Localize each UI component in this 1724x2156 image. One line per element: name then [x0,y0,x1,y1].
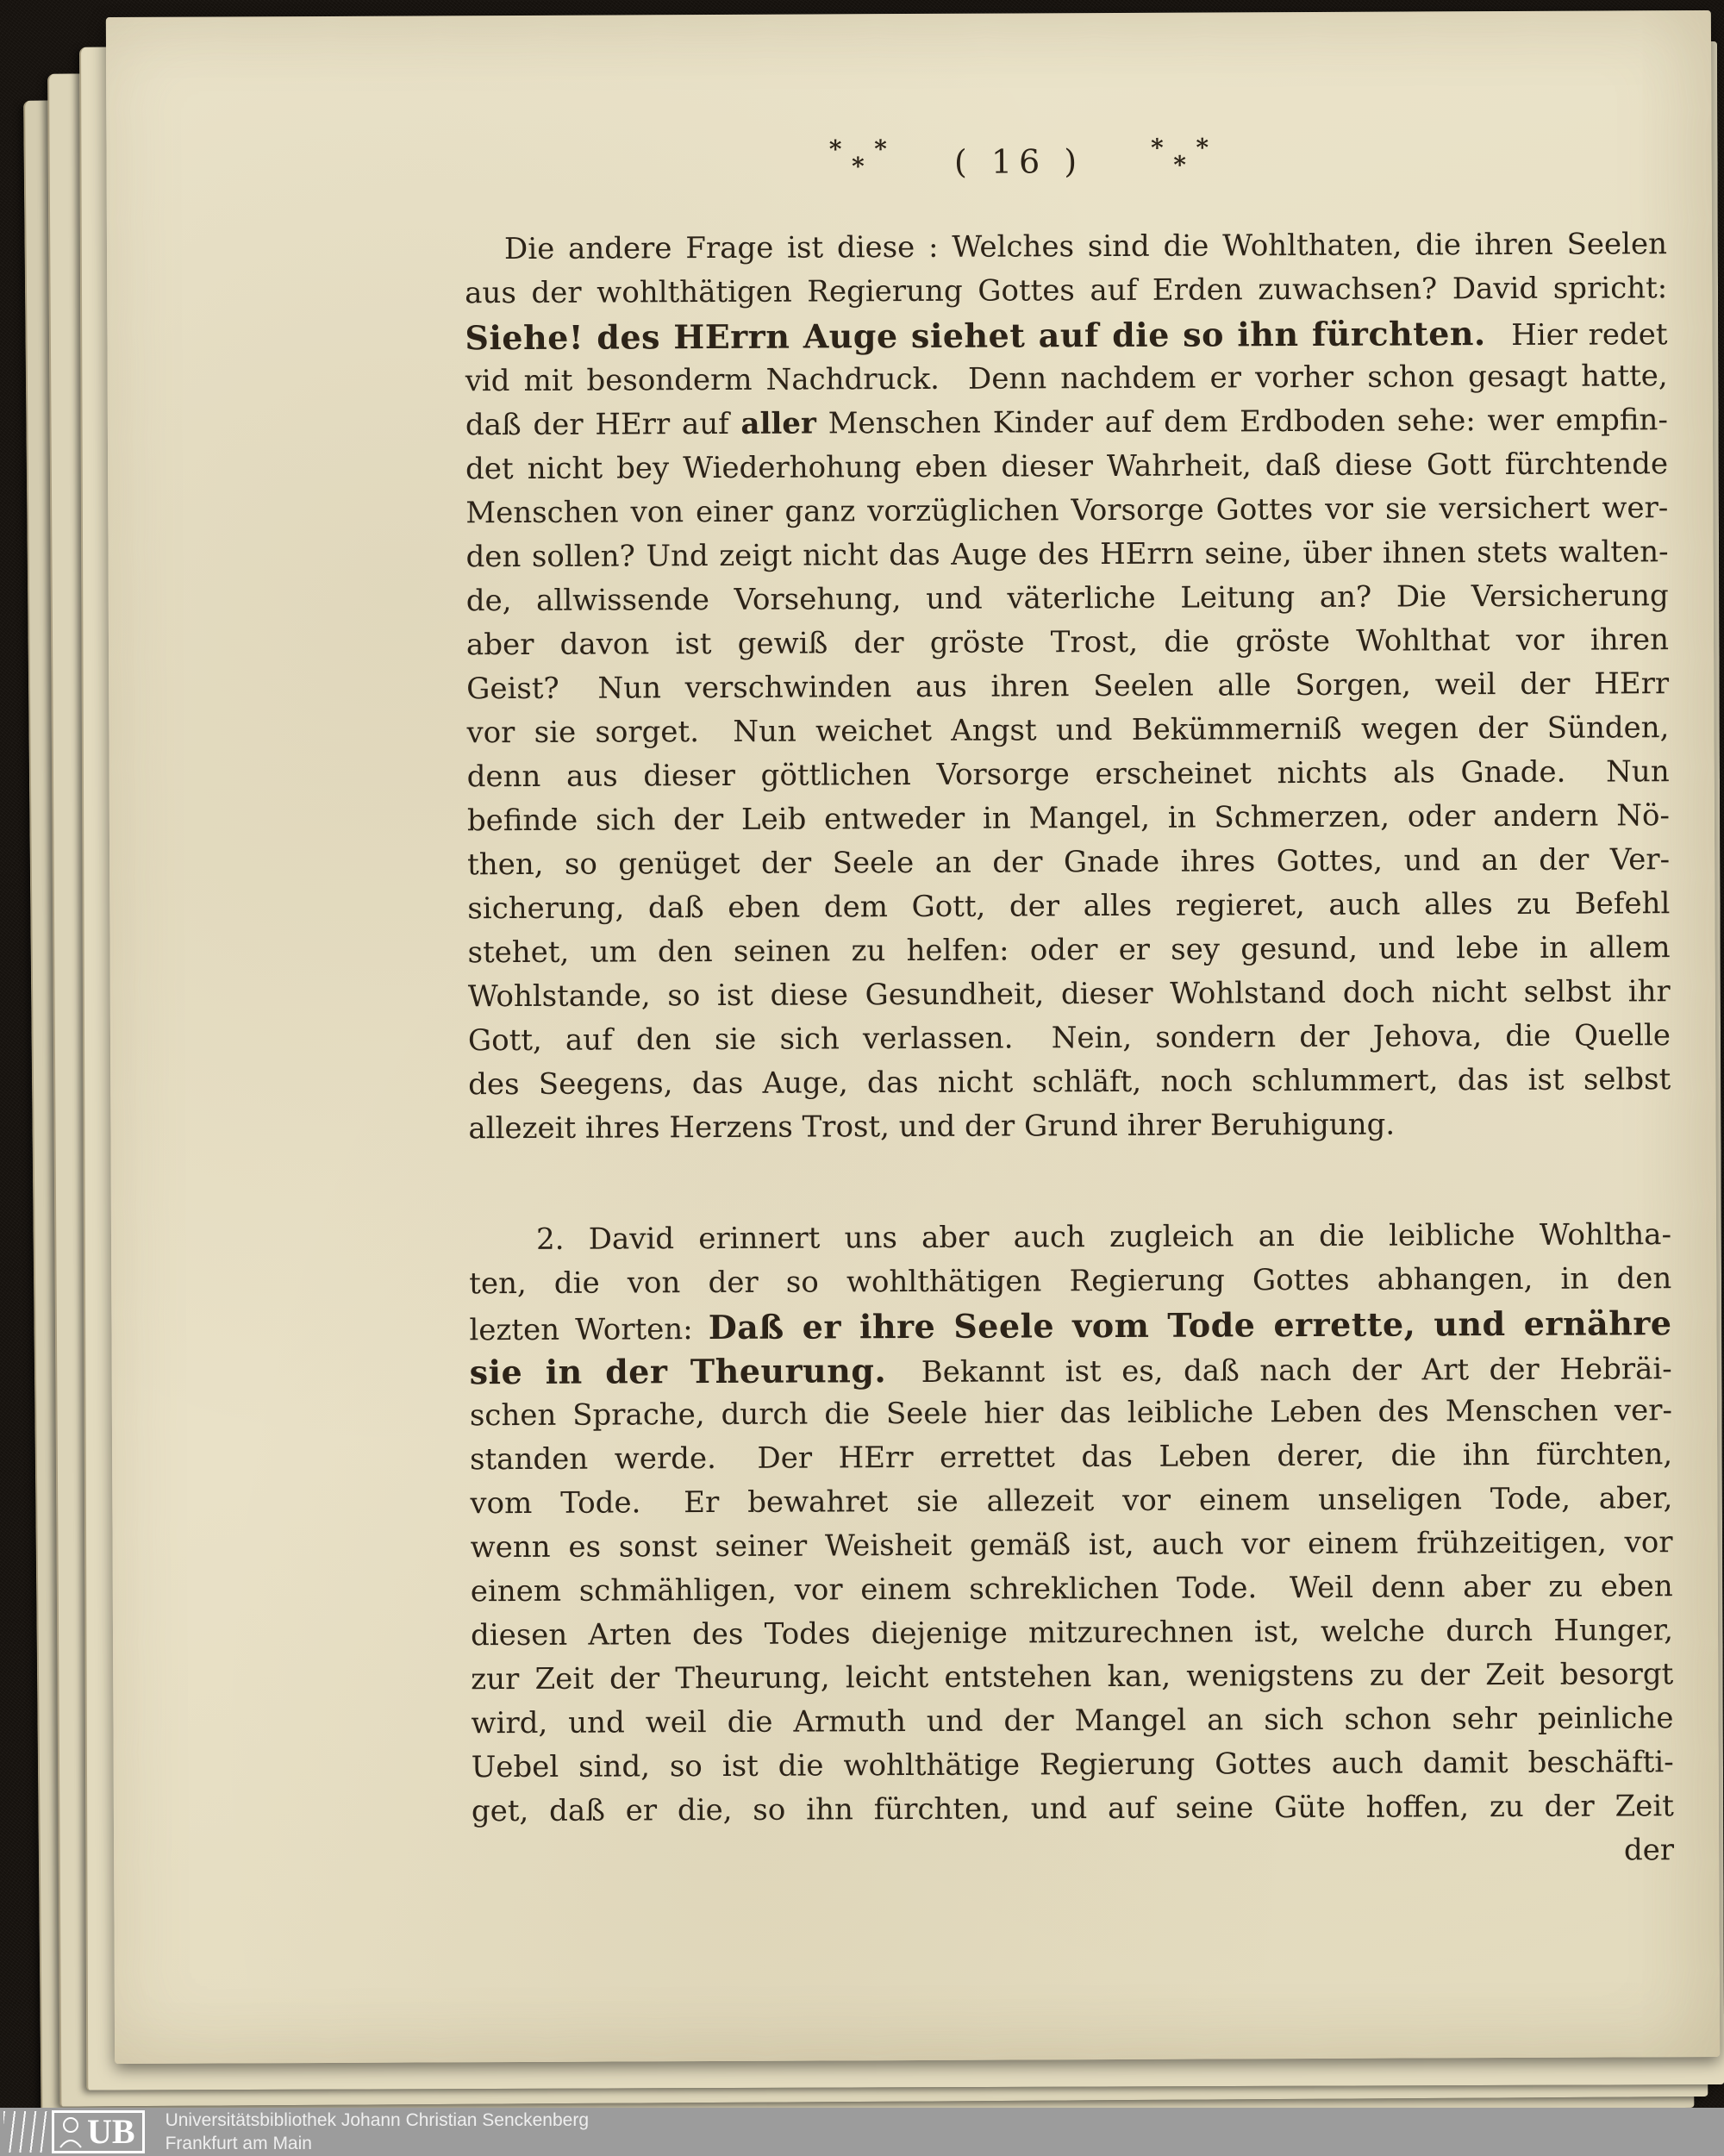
institution-name: Universitätsbibliothek Johann Christian … [166,2109,589,2132]
text-line: Menschen von einer ganz vorzüglichen Vor… [465,486,1668,535]
text-segment: vor sie sorget. Nun weichet Angst und Be… [466,710,1669,750]
text-segment: de, allwissende Vorsehung, und väterlich… [466,578,1669,618]
text-line: vor sie sorget. Nun weichet Angst und Be… [466,706,1669,755]
text-segment: sicherung, daß eben dem Gott, der alles … [467,886,1670,926]
text-line: det nicht bey Wiederhohung eben dieser W… [465,442,1668,491]
page-header: * * * ( 16 ) * * * [417,136,1620,183]
text-line: aus der wohlthätigen Regierung Gottes au… [465,266,1667,316]
asterism-right-icon: * * * [1139,138,1221,172]
asterisk-row: * [852,159,865,174]
text-line: 2. David erinnert uns aber auch zugleich… [469,1213,1671,1262]
text-segment: diesen Arten des Todes diejenige mitzure… [471,1613,1673,1653]
text-segment: det nicht bey Wiederhohung eben dieser W… [465,447,1668,486]
text-segment: sie in der Theurung. [470,1351,887,1391]
text-segment: denn aus dieser göttlichen Vorsorge ersc… [467,754,1670,794]
text-segment: Menschen von einer ganz vorzüglichen Vor… [465,491,1668,530]
text-segment: aber davon ist gewiß der gröste Trost, d… [466,622,1669,662]
text-line: den sollen? Und zeigt nicht das Auge des… [465,530,1668,579]
text-line: befinde sich der Leib entweder in Mangel… [467,794,1670,843]
text-line: Die andere Frage ist diese : Welches sin… [465,222,1667,272]
text-line: standen werde. Der HErr errettet das Leb… [470,1433,1672,1482]
page-number: ( 16 ) [954,139,1084,181]
paragraph: Die andere Frage ist diese : Welches sin… [465,222,1671,1151]
institution-label: Universitätsbibliothek Johann Christian … [166,2109,589,2155]
text-line: get, daß er die, so ihn fürchten, und au… [472,1784,1674,1834]
text-segment: Gott, auf den sie sich verlassen. Nein, … [468,1018,1671,1058]
text-line: denn aus dieser göttlichen Vorsorge ersc… [467,750,1670,799]
text-segment: aller [740,406,816,441]
text-segment: ten, die von der so wohlthätigen Regieru… [469,1261,1671,1301]
text-line: aber davon ist gewiß der gröste Trost, d… [466,618,1669,667]
text-segment: Bekannt ist es, daß nach der Art der Heb… [886,1352,1672,1390]
text-line: Siehe! des HErrn Auge siehet auf die so … [465,310,1667,359]
text-line: Geist? Nun verschwinden aus ihren Seelen… [466,662,1669,711]
text-segment: Daß er ihre Seele vom Tode errette, und … [709,1303,1672,1347]
text-line: Wohlstande, so ist diese Gesundheit, die… [468,970,1671,1019]
portrait-icon [58,2115,84,2149]
ub-logo-text: UB [87,2115,135,2149]
text-line: einem schmähligen, vor einem schrekliche… [471,1565,1673,1614]
text-line: daß der HErr auf aller Menschen Kinder a… [465,398,1668,447]
ub-logo: UB [3,2110,145,2153]
text-segment: daß der HErr auf [465,407,741,442]
institution-city: Frankfurt am Main [166,2132,589,2155]
text-segment: einem schmähligen, vor einem schrekliche… [471,1569,1673,1609]
text-segment: vid mit besonderm Nachdruck. Denn nachde… [465,359,1668,398]
text-segment: zur Zeit der Theurung, leicht entstehen … [471,1657,1673,1697]
text-block: Die andere Frage ist diese : Welches sin… [465,222,1674,1878]
text-segment: Siehe! des HErrn Auge siehet auf die so … [465,314,1485,357]
text-segment: den sollen? Und zeigt nicht das Auge des… [465,534,1668,574]
text-line: des Seegens, das Auge, das nicht schläft… [468,1058,1671,1107]
text-line: schen Sprache, durch die Seele hier das … [470,1389,1672,1438]
text-line: vom Tode. Er bewahret sie allezeit vor e… [470,1477,1672,1526]
text-segment: vom Tode. Er bewahret sie allezeit vor e… [470,1481,1672,1521]
text-segment: Wohlstande, so ist diese Gesundheit, die… [468,974,1671,1014]
text-segment: des Seegens, das Auge, das nicht schläft… [468,1062,1671,1102]
page-scan: * * * ( 16 ) * * * Die andere Frage ist … [106,10,1720,2064]
asterism-left-icon: * * * [817,140,899,174]
text-segment: then, so genüget der Seele an der Gnade … [467,842,1670,882]
text-segment: aus der wohlthätigen Regierung Gottes au… [465,271,1667,310]
book-pages-icon [3,2111,50,2153]
text-segment: allezeit ihres Herzens Trost, und der Gr… [468,1108,1395,1147]
paragraph: 2. David erinnert uns aber auch zugleich… [469,1213,1674,1834]
text-segment: standen werde. Der HErr errettet das Leb… [470,1437,1672,1477]
text-line: de, allwissende Vorsehung, und väterlich… [466,574,1669,623]
text-segment: Geist? Nun verschwinden aus ihren Seelen… [466,666,1669,706]
text-line: diesen Arten des Todes diejenige mitzure… [471,1609,1673,1658]
catchword-line: der [472,1828,1674,1878]
text-segment: 2. David erinnert uns aber auch zugleich… [536,1217,1671,1257]
text-segment: stehet, um den seinen zu helfen: oder er… [467,930,1670,970]
text-line: stehet, um den seinen zu helfen: oder er… [467,926,1670,975]
text-segment: get, daß er die, so ihn fürchten, und au… [472,1789,1674,1828]
text-line: sicherung, daß eben dem Gott, der alles … [467,882,1670,931]
text-segment: befinde sich der Leib entweder in Mangel… [467,798,1670,838]
text-line: vid mit besonderm Nachdruck. Denn nachde… [465,354,1668,403]
text-segment: schen Sprache, durch die Seele hier das … [470,1393,1672,1433]
text-segment: Uebel sind, so ist die wohlthätige Regie… [472,1745,1674,1784]
text-line: allezeit ihres Herzens Trost, und der Gr… [468,1102,1671,1151]
catchword: der [1624,1833,1674,1867]
text-line: wenn es sonst seiner Weisheit gemäß ist,… [470,1521,1672,1570]
text-line: then, so genüget der Seele an der Gnade … [467,838,1670,887]
ub-logo-box: UB [52,2110,145,2153]
text-line: Uebel sind, so ist die wohlthätige Regie… [472,1740,1674,1790]
text-segment: Menschen Kinder auf dem Erdboden sehe: w… [816,403,1668,441]
watermark-bar: UB Universitätsbibliothek Johann Christi… [0,2108,1724,2156]
text-line: zur Zeit der Theurung, leicht entstehen … [471,1653,1673,1702]
text-line: Gott, auf den sie sich verlassen. Nein, … [468,1014,1671,1063]
text-line: ten, die von der so wohlthätigen Regieru… [469,1257,1671,1306]
text-segment: wenn es sonst seiner Weisheit gemäß ist,… [470,1525,1672,1565]
text-segment: Die andere Frage ist diese : Welches sin… [504,227,1667,266]
text-segment: lezten Worten: [469,1312,708,1347]
text-line: lezten Worten: Daß er ihre Seele vom Tod… [469,1301,1671,1350]
text-line: wird, und weil die Armuth und der Mangel… [471,1697,1673,1746]
text-segment: wird, und weil die Armuth und der Mangel… [471,1701,1673,1740]
text-line: sie in der Theurung. Bekannt ist es, daß… [470,1345,1672,1394]
asterisk-row: * [1173,158,1186,173]
